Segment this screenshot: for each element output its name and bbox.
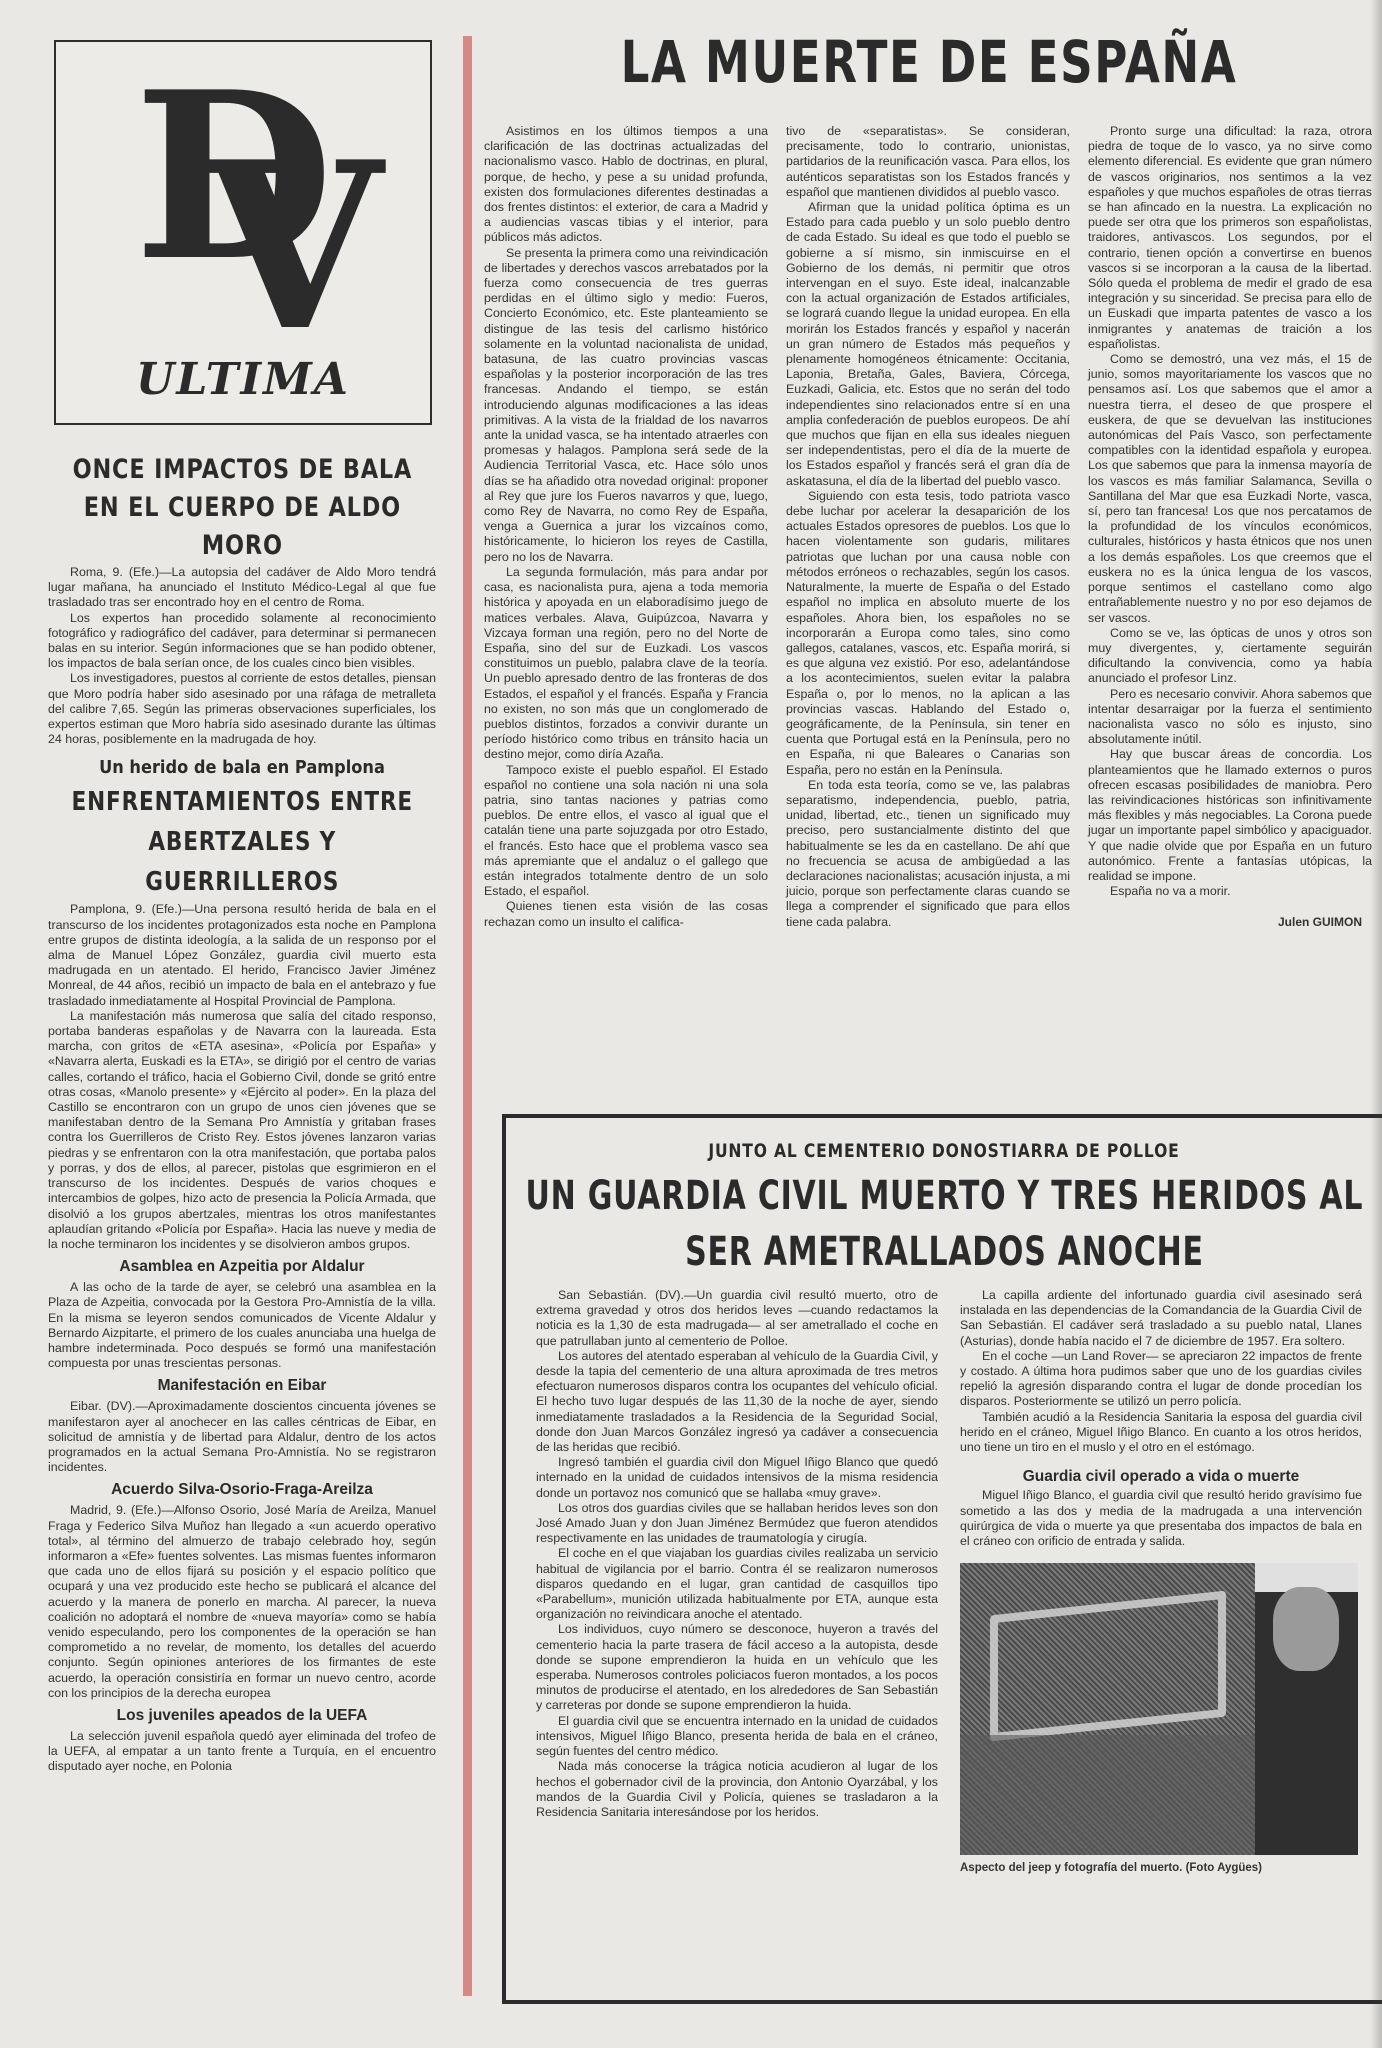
box-column-1: San Sebastián. (DV).—Un guardia civil re… [536,1288,938,1876]
paragraph: Miguel Iñigo Blanco, el guardia civil qu… [960,1488,1362,1549]
paragraph: San Sebastián. (DV).—Un guardia civil re… [536,1288,938,1349]
guardia-civil-story-box: JUNTO AL CEMENTERIO DONOSTIARRA DE POLLO… [502,1114,1382,2004]
paragraph: A las ocho de la tarde de ayer, se celeb… [48,1280,436,1371]
editorial-article: LA MUERTE DE ESPAÑA Asistimos en los últ… [484,30,1374,931]
logo-letter-v: V [204,132,382,362]
paragraph: tivo de «separatistas». Se consideran, p… [786,124,1070,200]
paragraph: En toda esta teoría, como se ve, las pal… [786,778,1070,930]
photo-caption: Aspecto del jeep y fotografía del muerto… [960,1861,1362,1876]
paragraph: El coche en el que viajaban los guardias… [536,1546,938,1622]
moro-headline: ONCE IMPACTOS DE BALA EN EL CUERPO DE AL… [65,451,419,565]
box-headline: UN GUARDIA CIVIL MUERTO Y TRES HERIDOS A… [517,1168,1371,1280]
editorial-column-3: Pronto surge una dificultad: la raza, ot… [1088,124,1372,931]
paragraph: El guardia civil que se encuentra intern… [536,1714,938,1760]
editorial-column-1: Asistimos en los últimos tiempos a una c… [484,124,768,931]
azpeitia-headline: Asamblea en Azpeitia por Aldalur [48,1258,436,1276]
eibar-article: Eibar. (DV).—Aproximadamente doscientos … [48,1399,436,1475]
eibar-headline: Manifestación en Eibar [48,1377,436,1395]
paragraph: Los investigadores, puestos al corriente… [48,671,436,747]
paragraph: Roma, 9. (Efe.)—La autopsia del cadáver … [48,565,436,611]
paragraph: Eibar. (DV).—Aproximadamente doscientos … [48,1399,436,1475]
paragraph: Los autores del atentado esperaban al ve… [536,1349,938,1455]
acuerdo-article: Madrid, 9. (Efe.)—Alfonso Osorio, José M… [48,1503,436,1701]
portrait-photo [1255,1563,1358,1855]
paragraph: Pamplona, 9. (Efe.)—Una persona resultó … [48,902,436,1008]
paragraph: Hay que buscar áreas de concordia. Los p… [1088,747,1372,884]
section-label: ULTIMA [56,354,430,405]
uefa-article: La selección juvenil española quedó ayer… [48,1729,436,1775]
paragraph: Siguiendo con esta tesis, todo patriota … [786,489,1070,778]
paragraph: Quienes tienen esta visión de las cosas … [484,899,768,929]
paragraph: Nada más conocerse la trágica noticia ac… [536,1759,938,1820]
paragraph: Como se demostró, una vez más, el 15 de … [1088,352,1372,626]
acuerdo-headline: Acuerdo Silva-Osorio-Fraga-Areilza [48,1481,436,1499]
dv-logo-box: D V ULTIMA [54,40,432,425]
paragraph: La manifestación más numerosa que salía … [48,1009,436,1252]
jeep-photo [960,1563,1255,1855]
pamplona-headline: ENFRENTAMIENTOS ENTRE ABERTZALES Y GUERR… [62,782,423,902]
box-kicker: JUNTO AL CEMENTERIO DONOSTIARRA DE POLLO… [585,1140,1303,1162]
page-edge-shadow [1370,0,1382,2048]
paragraph: Asistimos en los últimos tiempos a una c… [484,124,768,246]
paragraph: Tampoco existe el pueblo español. El Est… [484,763,768,900]
paragraph: En el coche —un Land Rover— se apreciaro… [960,1349,1362,1410]
byline: Julen GUIMON [1088,915,1372,930]
paragraph: La segunda formulación, más para andar p… [484,565,768,763]
editorial-column-2: tivo de «separatistas». Se consideran, p… [786,124,1070,931]
paragraph: Como se ve, las ópticas de unos y otros … [1088,626,1372,687]
paragraph: Los otros dos guardias civiles que se ha… [536,1501,938,1547]
pamplona-article: Pamplona, 9. (Efe.)—Una persona resultó … [48,902,436,1252]
box-column-2: La capilla ardiente del infortunado guar… [960,1288,1362,1876]
paragraph: Madrid, 9. (Efe.)—Alfonso Osorio, José M… [48,1503,436,1701]
paragraph: Los individuos, cuyo número se desconoce… [536,1622,938,1713]
news-photo [960,1563,1358,1855]
paragraph: La selección juvenil española quedó ayer… [48,1729,436,1775]
paragraph: Afirman que la unidad política óptima es… [786,200,1070,489]
red-column-rule [463,36,472,1996]
editorial-headline: LA MUERTE DE ESPAÑA [582,30,1276,94]
box-subhead: Guardia civil operado a vida o muerte [960,1469,1362,1484]
paragraph: España no va a morir. [1088,884,1372,899]
uefa-headline: Los juveniles apeados de la UEFA [48,1707,436,1725]
paragraph: Ingresó también el guardia civil don Mig… [536,1455,938,1501]
paragraph: Los expertos han procedido solamente al … [48,611,436,672]
paragraph: Pronto surge una dificultad: la raza, ot… [1088,124,1372,352]
pamplona-kicker: Un herido de bala en Pamplona [67,757,416,778]
moro-article: Roma, 9. (Efe.)—La autopsia del cadáver … [48,565,436,747]
paragraph: Pero es necesario convivir. Ahora sabemo… [1088,687,1372,748]
paragraph: Se presenta la primera como una reivindi… [484,246,768,565]
left-column: D V ULTIMA ONCE IMPACTOS DE BALA EN EL C… [48,40,436,1775]
azpeitia-article: A las ocho de la tarde de ayer, se celeb… [48,1280,436,1371]
paragraph: También acudió a la Residencia Sanitaria… [960,1410,1362,1456]
paragraph: La capilla ardiente del infortunado guar… [960,1288,1362,1349]
